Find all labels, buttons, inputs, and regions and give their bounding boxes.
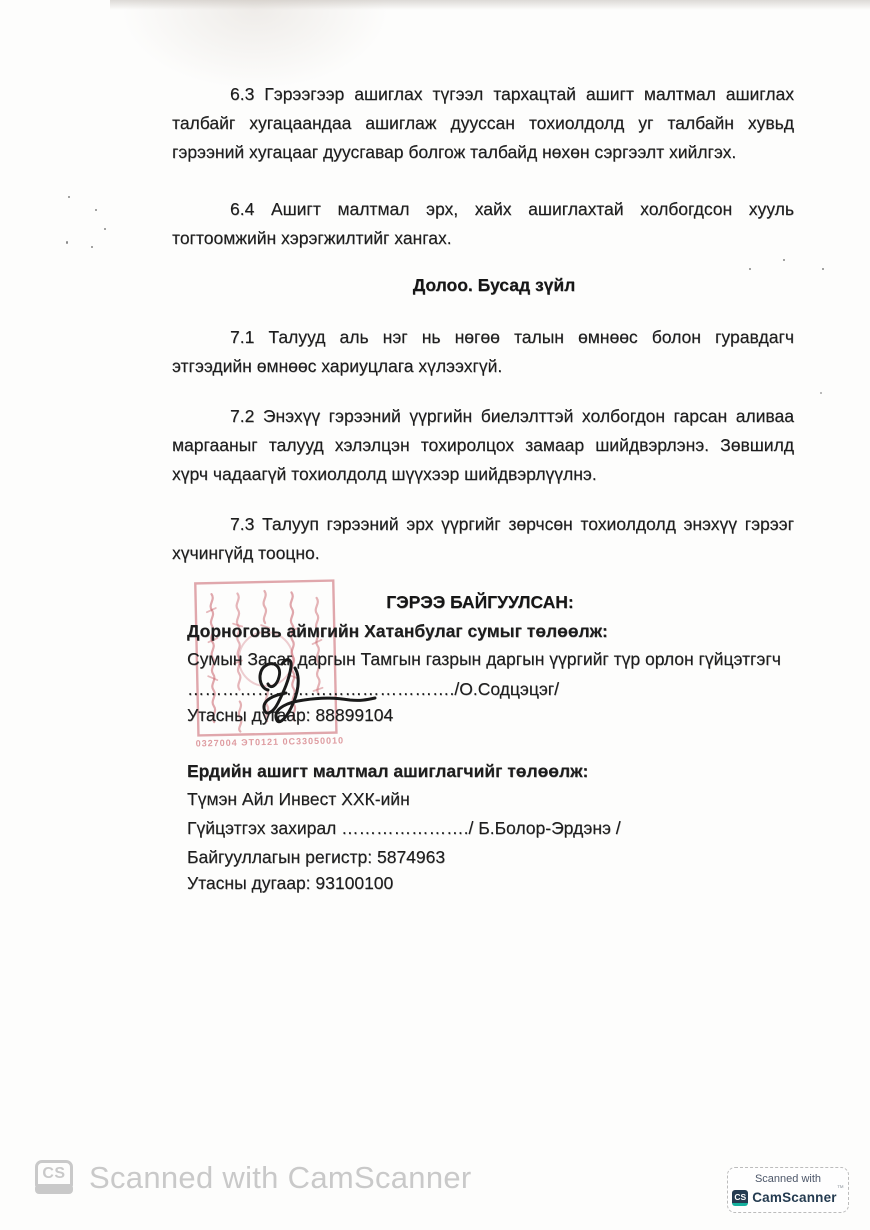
scan-speck — [68, 196, 70, 198]
cs-badge-logo-teal-bar — [732, 1203, 748, 1206]
scan-speck — [66, 241, 68, 244]
party2-company: Түмэн Айл Инвест ХХК-ийн — [187, 788, 787, 810]
scan-speck — [749, 268, 751, 270]
scan-speck — [95, 209, 97, 211]
scan-speck — [783, 259, 785, 261]
scan-speck — [104, 228, 106, 230]
cs-logo-bar — [35, 1186, 73, 1194]
scan-speck — [91, 246, 93, 248]
party2-heading: Ердийн ашигт малтмал ашиглагчийг төлөөлж… — [187, 760, 787, 782]
scan-blotch — [120, 0, 390, 90]
badge-brand-text: CamScanner — [752, 1190, 837, 1205]
camscanner-watermark: CS Scanned with CamScanner — [35, 1160, 472, 1196]
badge-scanned-with-text: Scanned with — [755, 1173, 821, 1186]
clause-6-3: 6.3 Гэрээгээр ашиглах түгээл тархацтай а… — [172, 80, 794, 167]
clause-7-3: 7.3 Талууп гэрээний эрх үүргийг зөрчсөн … — [172, 510, 794, 568]
handwritten-signature — [238, 650, 413, 735]
party2-registry: Байгууллагын регистр: 5874963 — [187, 846, 787, 868]
camscanner-watermark-text: Scanned with CamScanner — [89, 1160, 472, 1196]
clause-7-1: 7.1 Талууд аль нэг нь нөгөө талын өмнөөс… — [172, 323, 794, 381]
clause-6-4: 6.4 Ашигт малтмал эрх, хайх ашиглахтай х… — [172, 195, 794, 253]
cs-logo-text: CS — [35, 1160, 73, 1187]
party2-phone: Утасны дугаар: 93100100 — [187, 872, 787, 894]
scan-speck — [822, 268, 824, 270]
clause-7-2: 7.2 Энэхүү гэрээний үүргийн биелэлттэй х… — [172, 402, 794, 489]
signing-heading: ГЭРЭЭ БАЙГУУЛСАН: — [187, 592, 773, 613]
section-7-heading: Долоо. Бусад зүйл — [184, 275, 804, 296]
scanned-document-page: 6.3 Гэрээгээр ашиглах түгээл тархацтай а… — [0, 0, 870, 1230]
cs-badge-logo-icon: CS — [732, 1190, 748, 1206]
party2-director-line: Гүйцэтгэх захирал …………………./ Б.Болор-Эрдэ… — [187, 817, 787, 839]
party1-heading: Дорноговь аймгийн Хатанбулаг сумыг төлөө… — [187, 620, 787, 642]
scan-speck — [820, 392, 822, 394]
camscanner-logo-icon: CS — [35, 1160, 73, 1196]
camscanner-badge: Scanned with CS CamScanner™ — [727, 1167, 849, 1213]
badge-trademark-symbol: ™ — [837, 1185, 844, 1192]
